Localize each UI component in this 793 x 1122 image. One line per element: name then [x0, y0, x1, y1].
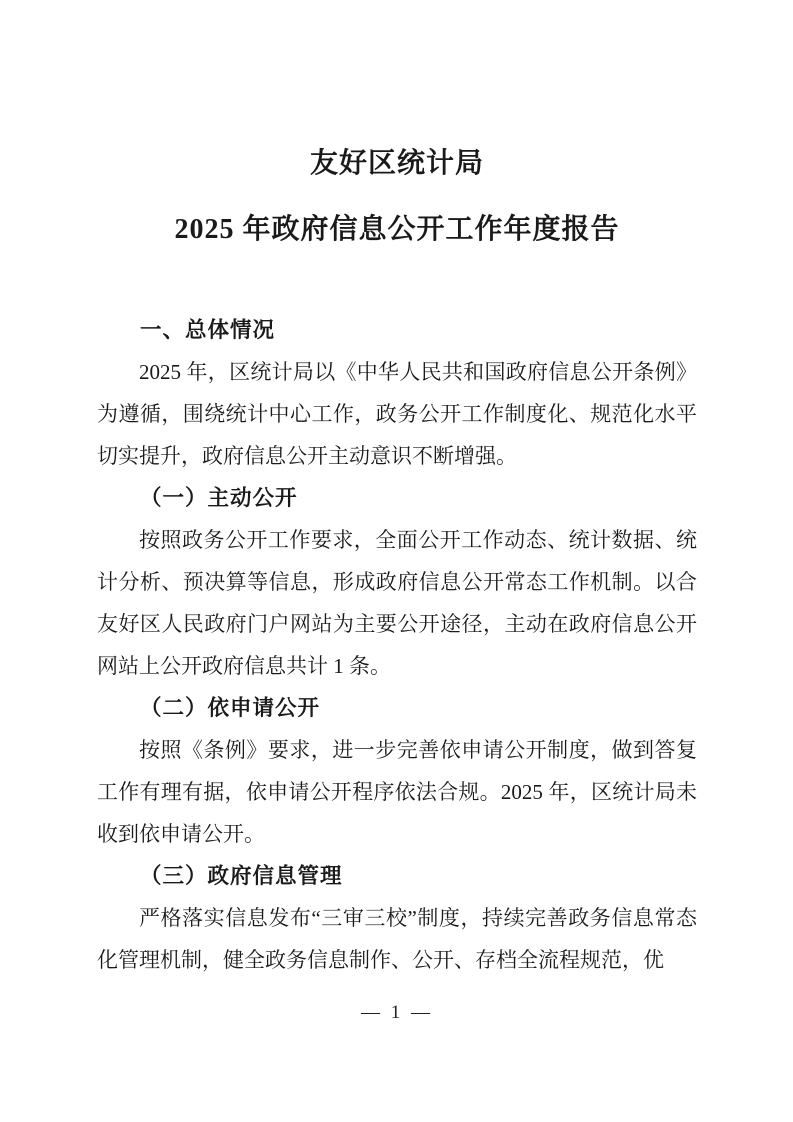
paragraph-proactive-disclosure: 按照政务公开工作要求，全面公开工作动态、统计数据、统计分析、预决算等信息，形成政…	[97, 519, 697, 687]
subsection-heading-information-management: （三）政府信息管理	[97, 855, 697, 897]
paragraph-information-management: 严格落实信息发布“三审三校”制度，持续完善政务信息常态化管理机制，健全政务信息制…	[97, 897, 697, 981]
subsection-heading-disclosure-upon-request: （二）依申请公开	[97, 687, 697, 729]
paragraph-overview: 2025 年，区统计局以《中华人民共和国政府信息公开条例》为遵循，围绕统计中心工…	[97, 351, 697, 477]
document-body: 一、总体情况 2025 年，区统计局以《中华人民共和国政府信息公开条例》为遵循，…	[97, 309, 697, 981]
subsection-heading-proactive-disclosure: （一）主动公开	[97, 477, 697, 519]
section-heading-overview: 一、总体情况	[97, 309, 697, 351]
document-page: 友好区统计局 2025 年政府信息公开工作年度报告 一、总体情况 2025 年，…	[0, 0, 793, 1122]
paragraph-disclosure-upon-request: 按照《条例》要求，进一步完善依申请公开制度，做到答复工作有理有据，依申请公开程序…	[97, 729, 697, 855]
page-number: — 1 —	[97, 1002, 697, 1024]
document-title-line2: 2025 年政府信息公开工作年度报告	[97, 212, 697, 248]
document-title-line1: 友好区统计局	[97, 146, 697, 182]
